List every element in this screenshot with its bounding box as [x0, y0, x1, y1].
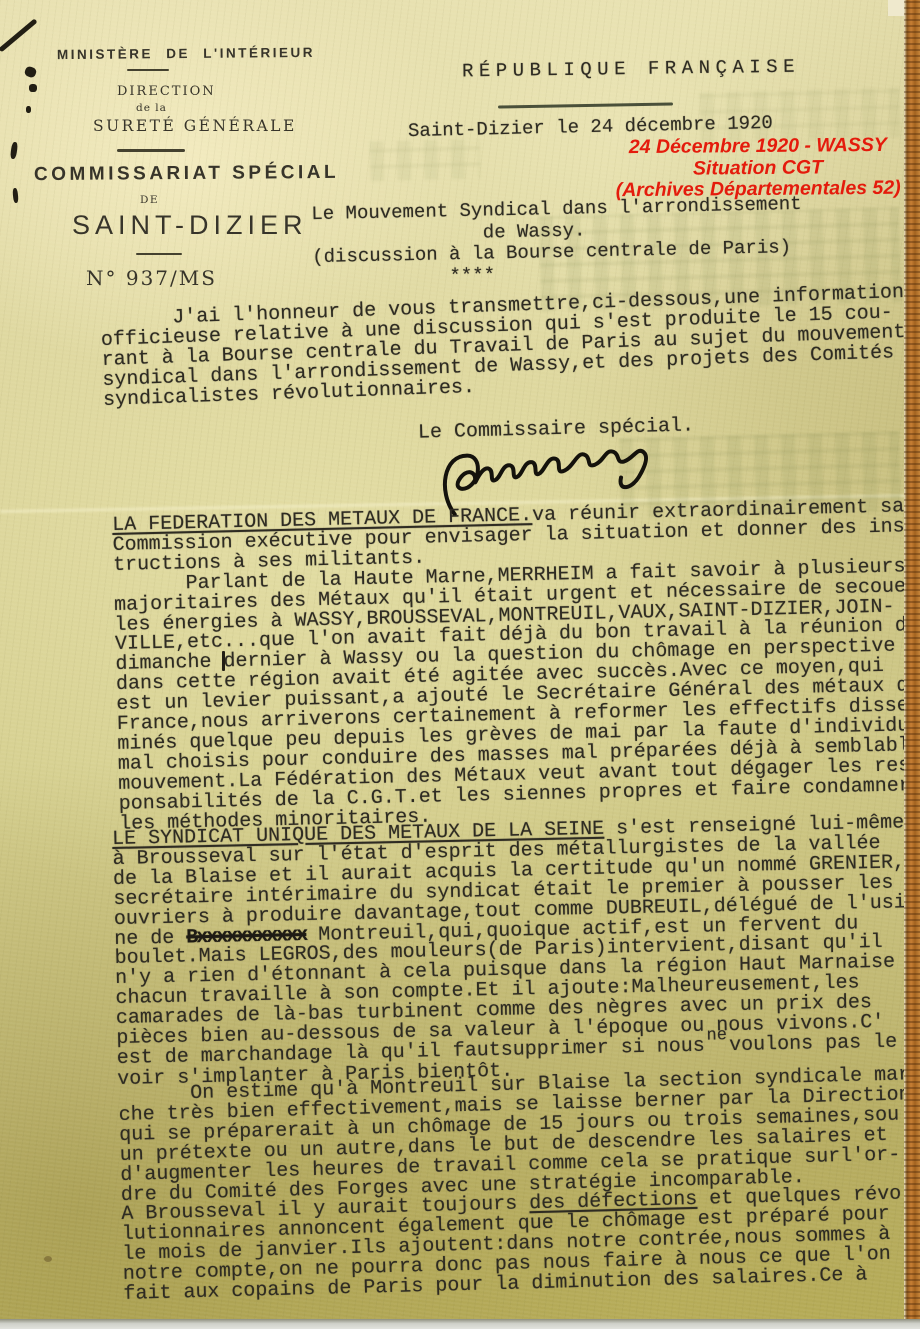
- fold-ink-mark: [222, 651, 225, 671]
- subject-block: Le Mouvement Syndical dans l'arrondissem…: [311, 194, 803, 290]
- letterhead-ornament-rule: [136, 253, 182, 255]
- commissariat-special-label: COMMISSARIAT SPÉCIAL: [34, 162, 339, 186]
- reference-number: N° 937/MS: [86, 266, 217, 290]
- direction-label: DIRECTION: [117, 84, 216, 99]
- republic-rule: [498, 102, 673, 108]
- montreuil-paragraph: On estime qu'à Montreuil sur Blaise la s…: [118, 1065, 920, 1305]
- ink-dot-mark: [26, 106, 31, 113]
- letterhead-rule: [127, 69, 169, 71]
- table-edge-strip: [904, 0, 920, 1329]
- pen-stroke-mark: [0, 18, 38, 52]
- archive-annotation: 24 Décembre 1920 - WASSY Situation CGT (…: [608, 135, 909, 202]
- staple-mark: [10, 142, 18, 160]
- ink-bleed-through: [369, 139, 480, 182]
- paper-smudge: [44, 1256, 52, 1262]
- staple-mark: [29, 84, 37, 92]
- inserted-word: ne: [706, 1026, 727, 1045]
- federation-lines: Commission exécutive pour envisager la s…: [112, 517, 920, 834]
- scanned-document-page: MINISTÈRE DE L'INTÉRIEUR DIRECTION de la…: [0, 0, 920, 1329]
- saint-dizier-label: SAINT-DIZIER: [72, 210, 308, 241]
- scanner-edge-strip: [0, 1319, 920, 1329]
- de-label: DE: [140, 194, 159, 206]
- intro-paragraph: J'ai l'honneur de vous transmettre,ci-de…: [100, 283, 907, 411]
- staple-mark: [24, 65, 38, 78]
- syndicat-paragraph: LE SYNDICAT UNIQUE DES METAUX DE LA SEIN…: [112, 813, 909, 1089]
- ministry-title: MINISTÈRE DE L'INTÉRIEUR: [57, 45, 315, 62]
- letterhead-rule: [117, 149, 185, 152]
- de-la-label: de la: [136, 102, 167, 114]
- annotation-line-1: 24 Décembre 1920 - WASSY: [608, 135, 908, 159]
- surete-generale-label: SURETÉ GÉNÉRALE: [93, 117, 297, 135]
- federation-paragraph: LA FEDERATION DES METAUX DE FRANCE.va ré…: [112, 497, 920, 834]
- staple-mark: [12, 188, 18, 203]
- republique-francaise-title: RÉPUBLIQUE FRANÇAISE: [462, 56, 800, 83]
